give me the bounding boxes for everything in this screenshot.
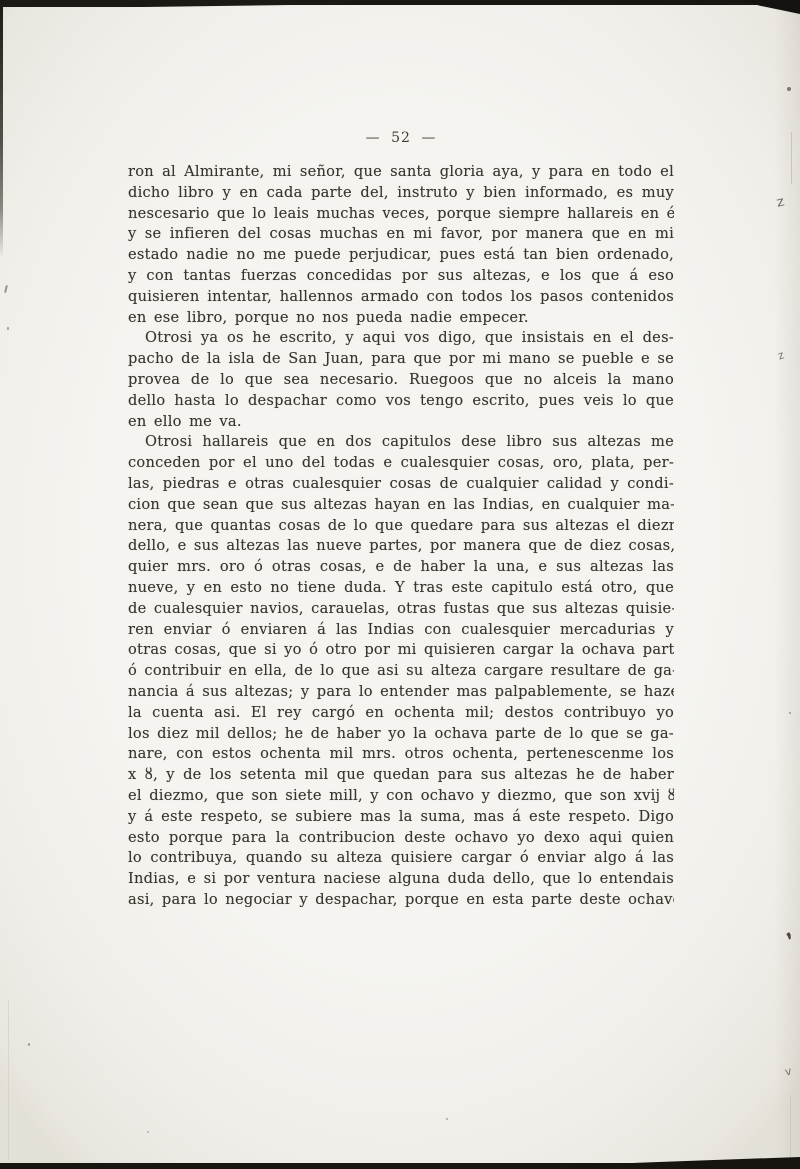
text-line: el diezmo, que son siete mill, y con och… [128,786,674,807]
text-line: dello, e sus altezas las nueve partes, p… [128,536,674,557]
text-line: en ello me va. [128,412,674,433]
hairline-right-top [791,132,792,184]
hairline-right-bottom [790,1095,791,1157]
speck-bottom-mid [446,1118,448,1120]
scanned-page: — 52 — ron al Almirante, mi señor, que s… [0,0,800,1169]
speck-bottom-mid-2 [147,1131,149,1133]
text-line: los diez mil dellos; he de haber yo la o… [128,724,674,745]
text-line: lo contribuya, quando su alteza quisiere… [128,848,674,869]
text-line: provea de lo que sea necesario. Ruegoos … [128,370,674,391]
text-line: quier mrs. oro ó otras cosas, e de haber… [128,557,674,578]
text-line: nescesario que lo leais muchas veces, po… [128,204,674,225]
text-line: estado nadie no me puede perjudicar, pue… [128,245,674,266]
text-line: la cuenta asi. El rey cargó en ochenta m… [128,703,674,724]
text-line: nueve, y en esto no tiene duda. Y tras e… [128,578,674,599]
text-line: dicho libro y en cada parte del, instrut… [128,183,674,204]
text-line: y á este respeto, se subiere mas la suma… [128,807,674,828]
text-line: Otrosi ya os he escrito, y aqui vos digo… [128,328,674,349]
text-line: y se infieren del cosas muchas en mi fav… [128,224,674,245]
speck-left-1 [4,285,8,293]
text-line: Otrosi hallareis que en dos capitulos de… [128,432,674,453]
text-lines: ron al Almirante, mi señor, que santa gl… [128,162,674,911]
text-line: x ȣ, y de los setenta mil que quedan par… [128,765,674,786]
speck-right-mid [789,712,791,714]
hairline-left-bottom [8,1000,9,1160]
page-curve-shading [774,0,800,1169]
pen-mark-right-4: v [784,1065,793,1077]
text-line: ó contribuir en ella, de lo que asi su a… [128,661,674,682]
text-line: de cualesquier navios, carauelas, otras … [128,599,674,620]
text-line: y con tantas fuerzas concedidas por sus … [128,266,674,287]
text-line: cion que sean que sus altezas hayan en l… [128,495,674,516]
text-line: asi, para lo negociar y despachar, porqu… [128,890,674,911]
scan-edge-top-left [0,0,360,7]
text-line: dello hasta lo despachar como vos tengo … [128,391,674,412]
text-line: pacho de la isla de San Juan, para que p… [128,349,674,370]
body-text: ron al Almirante, mi señor, que santa gl… [128,162,674,911]
text-line: nare, con estos ochenta mil mrs. otros o… [128,744,674,765]
text-line: nera, que quantas cosas de lo que quedar… [128,516,674,537]
speck-top-right [787,87,791,91]
text-line: en ese libro, porque no nos pueda nadie … [128,308,674,329]
text-line: Indias, e si por ventura naciese alguna … [128,869,674,890]
text-line: nancia á sus altezas; y para lo entender… [128,682,674,703]
text-line: esto porque para la contribucion deste o… [128,828,674,849]
speck-left-2 [7,327,9,330]
text-line: quisieren intentar, hallennos armado con… [128,287,674,308]
page-number: — 52 — [128,130,674,146]
text-line: ren enviar ó enviaren á las Indias con c… [128,620,674,641]
speck-bottom-left [28,1043,30,1046]
text-line: las, piedras e otras cualesquier cosas d… [128,474,674,495]
scan-edge-top-right-corner [742,0,800,14]
scan-edge-left [0,0,3,258]
text-line: otras cosas, que si yo ó otro por mi qui… [128,640,674,661]
text-line: conceden por el uno del todas e cualesqu… [128,453,674,474]
text-line: ron al Almirante, mi señor, que santa gl… [128,162,674,183]
